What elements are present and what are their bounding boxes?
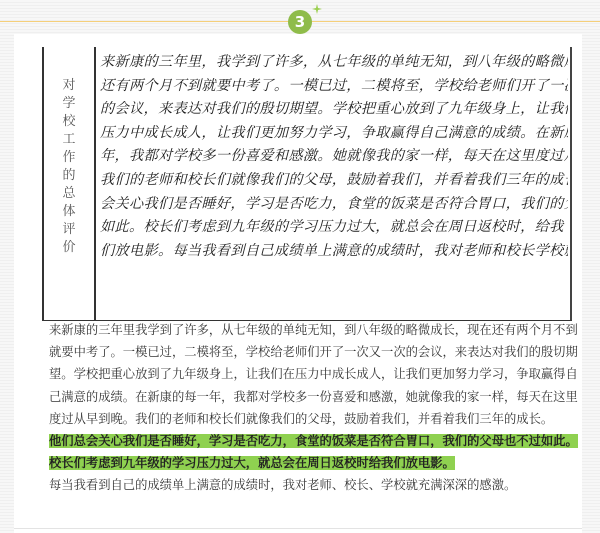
handwritten-line: 压力中成长成人，让我们更加努力学习，争取赢得自己满意的成绩。在新康的每一 [100, 122, 568, 146]
paragraph: 每当我看到自己的成绩单上满意的成绩时，我对老师、校长、学校就充满深深的感激。 [24, 474, 580, 496]
highlighted-text: 他们总会关心我们是否睡好，学习是否吃力，食堂的饭菜是否符合胃口，我们的父母也不过… [49, 434, 578, 448]
paragraph-text: 来新康的三年里我学到了许多，从七年级的单纯无知，到八年级的略微成长，现在还有两个… [49, 323, 578, 426]
typed-transcription: 来新康的三年里我学到了许多，从七年级的单纯无知，到八年级的略微成长，现在还有两个… [24, 319, 580, 497]
handwritten-form-scan: 对 学 校 工 作 的 总 体 评 价 来新康的三年里，我学到了许多，从七年级的… [28, 47, 576, 311]
label-char: 的 [46, 167, 92, 185]
label-char: 体 [46, 203, 92, 221]
label-char: 总 [46, 185, 92, 203]
handwritten-line: 如此。校长们考虑到九年级的学习压力过大，就总会在周日返校时，给我 [100, 216, 568, 240]
paragraph: 来新康的三年里我学到了许多，从七年级的单纯无知，到八年级的略微成长，现在还有两个… [24, 319, 580, 430]
handwritten-line: 会关心我们是否睡好，学习是否吃力，食堂的饭菜是否符合胃口，我们的父母也不过 [100, 193, 568, 217]
label-char: 评 [46, 221, 92, 239]
highlighted-paragraph: 他们总会关心我们是否睡好，学习是否吃力，食堂的饭菜是否符合胃口，我们的父母也不过… [24, 430, 580, 452]
highlighted-text: 校长们考虑到九年级的学习压力过大，就总会在周日返校时给我们放电影。 [49, 456, 455, 470]
highlighted-paragraph: 校长们考虑到九年级的学习压力过大，就总会在周日返校时给我们放电影。 [24, 452, 580, 474]
form-column-divider [94, 47, 96, 321]
handwritten-line: 来新康的三年里，我学到了许多，从七年级的单纯无知，到八年级的略微成长，现在 [100, 51, 568, 75]
paragraph-text: 每当我看到自己的成绩单上满意的成绩时，我对老师、校长、学校就充满深深的感激。 [49, 478, 516, 492]
label-char: 学 [46, 95, 92, 113]
handwritten-line: 们放电影。每当我看到自己成绩单上满意的成绩时，我对老师和校长学校就充满深深的感激 [100, 240, 568, 264]
section-number-badge: 3 [288, 10, 312, 34]
label-char: 工 [46, 131, 92, 149]
form-border-right [570, 47, 572, 321]
handwritten-line: 的会议，来表达对我们的殷切期望。学校把重心放到了九年级身上，让我们在 [100, 98, 568, 122]
form-border-left [42, 47, 44, 321]
sparkle-icon [312, 4, 322, 14]
form-field-label: 对 学 校 工 作 的 总 体 评 价 [46, 77, 92, 257]
label-char: 对 [46, 77, 92, 95]
handwritten-line: 还有两个月不到就要中考了。一模已过，二模将至，学校给老师们开了一次又一次 [100, 75, 568, 99]
handwritten-text: 来新康的三年里，我学到了许多，从七年级的单纯无知，到八年级的略微成长，现在 还有… [100, 51, 568, 263]
panel-bottom-divider [14, 528, 582, 529]
handwritten-line: 我们的老师和校长们就像我们的父母，鼓励着我们，并看着我们三年的成长。他们总 [100, 169, 568, 193]
handwritten-line: 年，我都对学校多一份喜爱和感激。她就像我的家一样，每天在这里度过从早到晚。 [100, 145, 568, 169]
label-char: 作 [46, 149, 92, 167]
label-char: 价 [46, 239, 92, 257]
label-char: 校 [46, 113, 92, 131]
